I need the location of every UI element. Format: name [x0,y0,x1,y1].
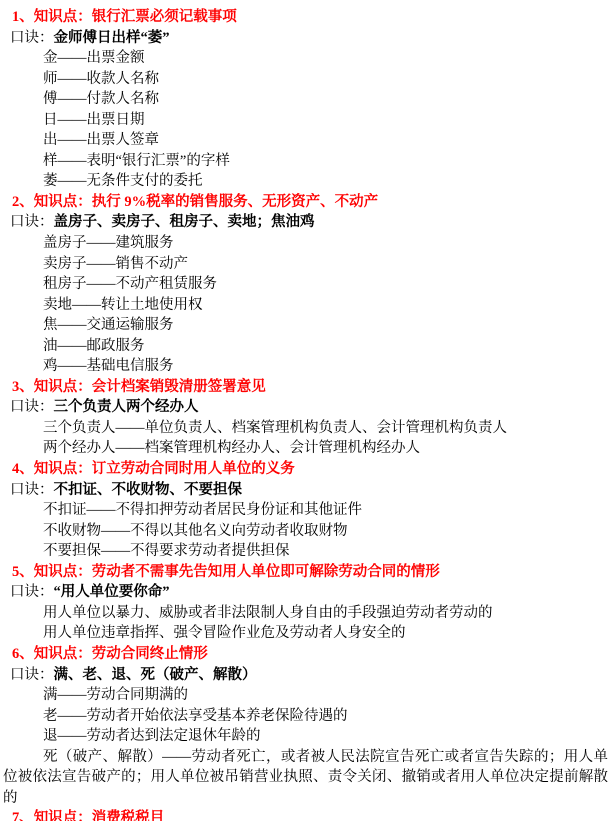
knowledge-point-section-1: 1、知识点：银行汇票必须记载事项 口诀：金师傅日出样“萎” 金——出票金额 师—… [3,7,608,192]
mnemonic-text: 满、老、退、死（破产、解散） [54,667,257,683]
mnemonic-line: 口诀：金师傅日出样“萎” [3,28,608,49]
knowledge-point-section-6: 6、知识点：劳动合同终止情形 口诀：满、老、退、死（破产、解散） 满——劳动合同… [3,644,608,808]
mnemonic-item: 盖房子——建筑服务 [3,233,608,254]
mnemonic-item: 用人单位违章指挥、强令冒险作业危及劳动者人身安全的 [3,623,608,644]
mnemonic-text: 盖房子、卖房子、租房子、卖地；焦油鸡 [54,214,315,230]
mnemonic-text: 三个负责人两个经办人 [54,399,199,415]
mnemonic-item: 不收财物——不得以其他名义向劳动者收取财物 [3,521,608,542]
section-heading: 5、知识点：劳动者不需事先告知用人单位即可解除劳动合同的情形 [3,562,608,583]
mnemonic-item: 老——劳动者开始依法享受基本养老保险待遇的 [3,706,608,727]
mnemonic-label: 口诀： [10,584,54,600]
mnemonic-item: 两个经办人——档案管理机构经办人、会计管理机构经办人 [3,438,608,459]
mnemonic-text: 金师傅日出样“萎” [54,30,170,46]
knowledge-point-section-5: 5、知识点：劳动者不需事先告知用人单位即可解除劳动合同的情形 口诀：“用人单位要… [3,562,608,644]
mnemonic-label: 口诀： [10,399,54,415]
mnemonic-line: 口诀：盖房子、卖房子、租房子、卖地；焦油鸡 [3,212,608,233]
mnemonic-item: 用人单位以暴力、威胁或者非法限制人身自由的手段强迫劳动者劳动的 [3,603,608,624]
mnemonic-label: 口诀： [10,214,54,230]
mnemonic-item: 油——邮政服务 [3,336,608,357]
mnemonic-item: 不要担保——不得要求劳动者提供担保 [3,541,608,562]
mnemonic-item: 鸡——基础电信服务 [3,356,608,377]
section-heading: 2、知识点：执行 9%税率的销售服务、无形资产、不动产 [3,192,608,213]
mnemonic-item: 卖地——转让土地使用权 [3,295,608,316]
knowledge-point-section-3: 3、知识点：会计档案销毁清册签署意见 口诀：三个负责人两个经办人 三个负责人——… [3,377,608,459]
mnemonic-label: 口诀： [10,482,54,498]
mnemonic-item: 傅——付款人名称 [3,89,608,110]
section-heading: 3、知识点：会计档案销毁清册签署意见 [3,377,608,398]
mnemonic-line: 口诀：不扣证、不收财物、不要担保 [3,480,608,501]
mnemonic-item: 样——表明“银行汇票”的字样 [3,151,608,172]
mnemonic-item: 租房子——不动产租赁服务 [3,274,608,295]
knowledge-point-section-4: 4、知识点：订立劳动合同时用人单位的义务 口诀：不扣证、不收财物、不要担保 不扣… [3,459,608,562]
mnemonic-line: 口诀：三个负责人两个经办人 [3,397,608,418]
mnemonic-item: 焦——交通运输服务 [3,315,608,336]
mnemonic-label: 口诀： [10,30,54,46]
mnemonic-item: 出——出票人签章 [3,130,608,151]
mnemonic-line: 口诀：满、老、退、死（破产、解散） [3,665,608,686]
mnemonic-item: 卖房子——销售不动产 [3,254,608,275]
mnemonic-item: 日——出票日期 [3,110,608,131]
mnemonic-item: 不扣证——不得扣押劳动者居民身份证和其他证件 [3,500,608,521]
section-heading: 4、知识点：订立劳动合同时用人单位的义务 [3,459,608,480]
mnemonic-line: 口诀：“用人单位要你命” [3,582,608,603]
mnemonic-label: 口诀： [10,667,54,683]
mnemonic-item: 死（破产、解散）——劳动者死亡，或者被人民法院宣告死亡或者宣告失踪的；用人单位被… [3,747,608,809]
mnemonic-item: 退——劳动者达到法定退休年龄的 [3,726,608,747]
knowledge-point-section-2: 2、知识点：执行 9%税率的销售服务、无形资产、不动产 口诀：盖房子、卖房子、租… [3,192,608,377]
mnemonic-item: 金——出票金额 [3,48,608,69]
mnemonic-item: 满——劳动合同期满的 [3,685,608,706]
section-heading: 7、知识点：消费税税目 [3,808,608,821]
mnemonic-text: 不扣证、不收财物、不要担保 [54,482,243,498]
mnemonic-item: 三个负责人——单位负责人、档案管理机构负责人、会计管理机构负责人 [3,418,608,439]
mnemonic-item: 师——收款人名称 [3,69,608,90]
knowledge-point-section-7: 7、知识点：消费税税目 [3,808,608,821]
mnemonic-text: “用人单位要你命” [54,584,170,600]
mnemonic-item: 萎——无条件支付的委托 [3,171,608,192]
section-heading: 1、知识点：银行汇票必须记载事项 [3,7,608,28]
section-heading: 6、知识点：劳动合同终止情形 [3,644,608,665]
study-notes-document: 1、知识点：银行汇票必须记载事项 口诀：金师傅日出样“萎” 金——出票金额 师—… [0,0,611,821]
